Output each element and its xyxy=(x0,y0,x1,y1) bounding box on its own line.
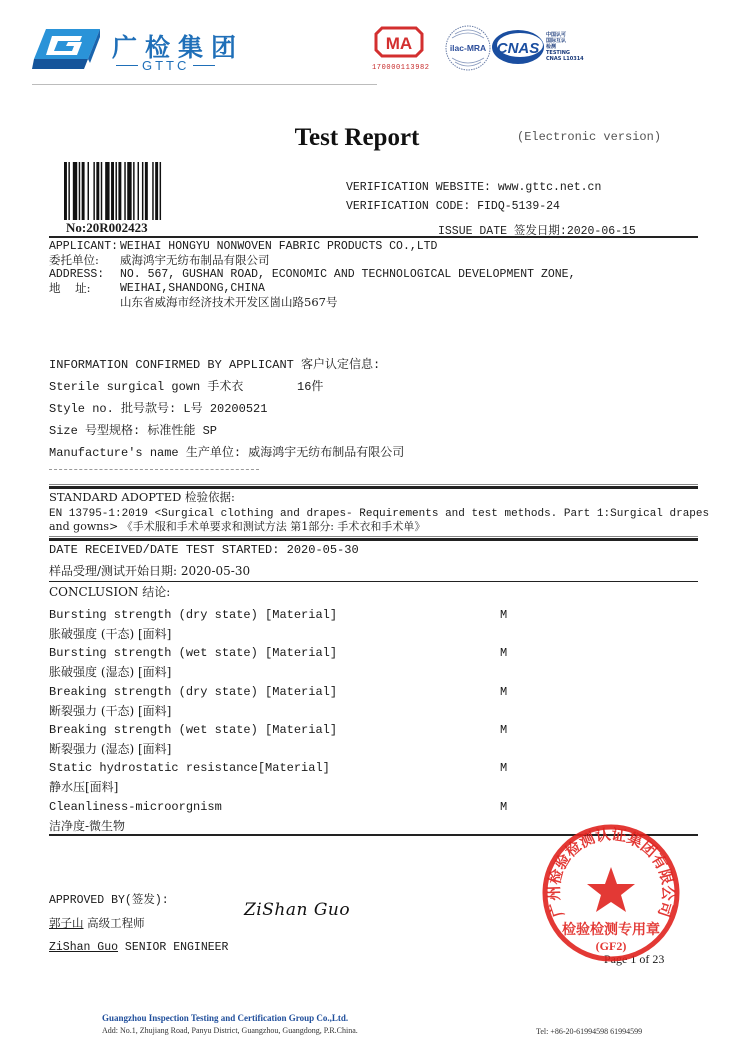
conclusion-item-en: Bursting strength (dry state) [Material] xyxy=(49,608,337,622)
divider xyxy=(49,486,698,489)
dashed-separator xyxy=(49,469,259,470)
svg-text:ilac-MRA: ilac-MRA xyxy=(450,43,486,53)
svg-text:检验检测专用章: 检验检测专用章 xyxy=(562,921,660,938)
conclusion-item-en: Cleanliness-microorgnism xyxy=(49,800,222,814)
approver-name-en: ZiShan Guo xyxy=(49,941,118,954)
conclusion-result: M xyxy=(500,723,507,737)
barcode-icon xyxy=(64,162,164,220)
conclusion-item-en: Breaking strength (wet state) [Material] xyxy=(49,723,337,737)
address-line-2: WEIHAI,SHANDONG,CHINA xyxy=(120,282,265,295)
divider xyxy=(49,538,698,541)
report-number: No:20R002423 xyxy=(66,220,148,236)
approver-title-cn: 高级工程师 xyxy=(87,916,145,930)
approver-cn: 郭子山 高级工程师 xyxy=(49,917,145,930)
info-heading: INFORMATION CONFIRMED BY APPLICANT 客户认定信… xyxy=(49,358,380,372)
approver-title-en: SENIOR ENGINEER xyxy=(125,941,229,954)
conclusion-result: M xyxy=(500,761,507,775)
approver-name-cn: 郭子山 xyxy=(49,916,84,930)
svg-text:MA: MA xyxy=(386,34,412,53)
divider xyxy=(49,536,698,537)
conclusion-result: M xyxy=(500,608,507,622)
date-received-cn: 样品受理/测试开始日期: 2020-05-30 xyxy=(49,564,250,578)
conclusion-item-cn: 断裂强力 (干态) [面料] xyxy=(49,704,171,718)
signature: ZiShan Guo xyxy=(244,900,350,920)
date-received-en: DATE RECEIVED/DATE TEST STARTED: 2020-05… xyxy=(49,543,359,557)
divider xyxy=(49,236,698,238)
applicant-label: APPLICANT: xyxy=(49,240,118,253)
address-line-cn: 山东省威海市经济技术开发区崮山路567号 xyxy=(120,296,337,309)
svg-text:(GF2): (GF2) xyxy=(596,939,627,953)
conclusion-item-cn: 断裂强力 (湿态) [面料] xyxy=(49,742,171,756)
address-label: ADDRESS: xyxy=(49,268,104,281)
applicant-label-cn: 委托单位: xyxy=(49,254,99,267)
footer-address: Add: No.1, Zhujiang Road, Panyu District… xyxy=(102,1026,358,1035)
conclusion-item-cn: 胀破强度 (湿态) [面料] xyxy=(49,665,171,679)
manufacturer-name: Manufacture's name 生产单位: 威海鸿宇无纺布制品有限公司 xyxy=(49,446,404,460)
conclusion-item-cn: 静水压[面料] xyxy=(49,780,118,794)
header-divider xyxy=(32,84,377,85)
divider xyxy=(49,484,698,485)
standard-line-2: and gowns> 《手术服和手术单要求和测试方法 第1部分: 手术衣和手术单… xyxy=(49,520,425,533)
sample-quantity: 16件 xyxy=(297,380,323,394)
conclusion-item-cn: 胀破强度 (干态) [面料] xyxy=(49,627,171,641)
cnas-accreditation-text: 中国认可 国际互认 检测 TESTING CNAS L10314 xyxy=(546,32,584,62)
conclusion-item-cn: 洁净度-微生物 xyxy=(49,819,125,833)
standard-heading: STANDARD ADOPTED 检验依据: xyxy=(49,491,235,504)
gttc-logo-icon xyxy=(32,27,102,69)
cma-number: 170000113982 xyxy=(372,64,430,72)
address-line-1: NO. 567, GUSHAN ROAD, ECONOMIC AND TECHN… xyxy=(120,268,575,281)
sample-name: Sterile surgical gown 手术衣 xyxy=(49,380,243,394)
conclusion-item-en: Static hydrostatic resistance[Material] xyxy=(49,761,330,775)
logo-abbrev: GTTC xyxy=(142,58,189,73)
conclusion-heading: CONCLUSION 结论: xyxy=(49,585,170,599)
footer-telephone: Tel: +86-20-61994598 61994599 xyxy=(536,1027,642,1036)
conclusion-item-en: Bursting strength (wet state) [Material] xyxy=(49,646,337,660)
conclusion-result: M xyxy=(500,685,507,699)
approved-by-label: APPROVED BY(签发): xyxy=(49,894,169,907)
address-label-cn: 地 址: xyxy=(49,282,91,295)
style-number: Style no. 批号款号: L号 20200521 xyxy=(49,402,267,416)
footer-company: Guangzhou Inspection Testing and Certifi… xyxy=(102,1013,348,1023)
divider xyxy=(49,581,698,582)
ilac-mra-icon: ilac-MRA xyxy=(444,24,492,72)
official-seal-icon: 广州检验检测认证集团有限公司 检验检测专用章 (GF2) xyxy=(540,822,682,964)
svg-text:CNAS: CNAS xyxy=(497,40,540,57)
conclusion-item-en: Breaking strength (dry state) [Material] xyxy=(49,685,337,699)
edition-label: (Electronic version) xyxy=(517,130,661,144)
approver-en: ZiShan Guo SENIOR ENGINEER xyxy=(49,941,228,954)
verification-website: VERIFICATION WEBSITE: www.gttc.net.cn xyxy=(346,181,601,194)
verification-code: VERIFICATION CODE: FIDQ-5139-24 xyxy=(346,200,560,213)
conclusion-result: M xyxy=(500,646,507,660)
cma-mark-icon: MA xyxy=(372,24,426,60)
size-spec: Size 号型规格: 标准性能 SP xyxy=(49,424,217,438)
logo-english-name: GTTC xyxy=(112,58,219,73)
cnas-logo-icon: CNAS xyxy=(490,28,546,66)
applicant-name-en: WEIHAI HONGYU NONWOVEN FABRIC PRODUCTS C… xyxy=(120,240,437,253)
conclusion-result: M xyxy=(500,800,507,814)
applicant-name-cn: 威海鸿宇无纺布制品有限公司 xyxy=(120,254,270,267)
